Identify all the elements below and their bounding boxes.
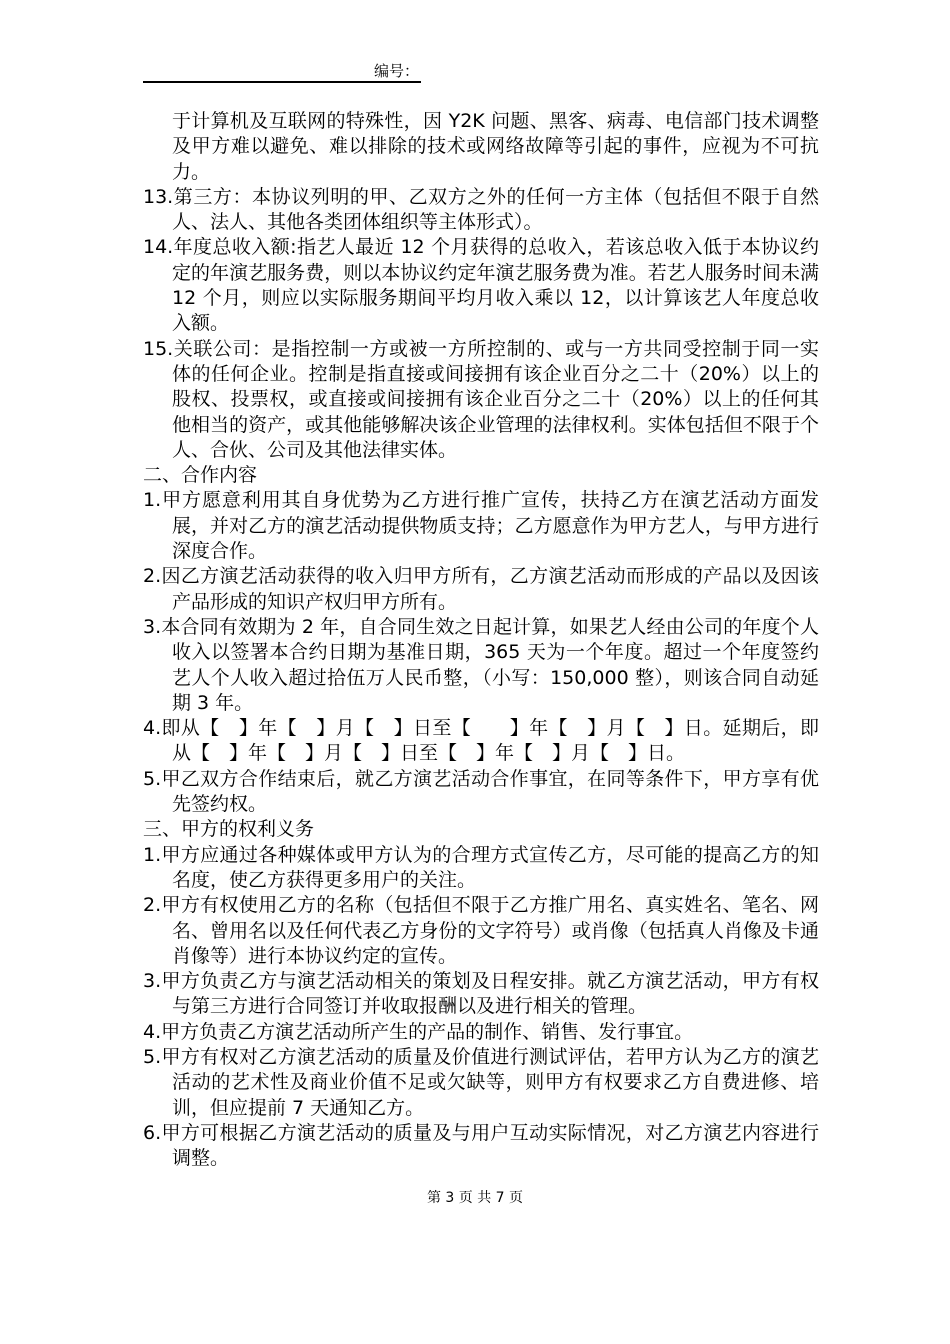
contract-paragraph: 5.甲方有权对乙方演艺活动的质量及价值进行测试评估，若甲方认为乙方的演艺活动的艺… bbox=[143, 1045, 819, 1121]
paragraph-text: 甲方可根据乙方演艺活动的质量及与用户互动实际情况，对乙方演艺内容进行调整。 bbox=[161, 1122, 819, 1169]
item-number: 1. bbox=[143, 844, 161, 866]
contract-paragraph: 4.即从【 】年【 】月【 】日至【 】年【 】月【 】日。延期后，即从【 】年… bbox=[143, 716, 819, 767]
contract-paragraph: 1.甲方愿意利用其自身优势为乙方进行推广宣传，扶持乙方在演艺活动方面发展，并对乙… bbox=[143, 488, 819, 564]
section-heading: 二、合作内容 bbox=[143, 463, 819, 488]
paragraph-text: 年度总收入额:指艺人最近 12 个月获得的总收入，若该总收入低于本协议约定的年演… bbox=[172, 236, 819, 334]
contract-paragraph: 1.甲方应通过各种媒体或甲方认为的合理方式宣传乙方，尽可能的提高乙方的知名度，使… bbox=[143, 843, 819, 894]
item-number: 14. bbox=[143, 236, 173, 258]
contract-paragraph: 13.第三方：本协议列明的甲、乙双方之外的任何一方主体（包括但不限于自然人、法人… bbox=[143, 185, 819, 236]
item-number: 4. bbox=[143, 1021, 161, 1043]
paragraph-text: 因乙方演艺活动获得的收入归甲方所有，乙方演艺活动而形成的产品以及因该产品形成的知… bbox=[161, 565, 819, 612]
contract-paragraph: 2.因乙方演艺活动获得的收入归甲方所有，乙方演艺活动而形成的产品以及因该产品形成… bbox=[143, 564, 819, 615]
contract-paragraph: 15.关联公司：是指控制一方或被一方所控制的、或与一方共同受控制于同一实体的任何… bbox=[143, 337, 819, 463]
paragraph-text: 三、甲方的权利义务 bbox=[143, 818, 314, 840]
reference-number-label: 编号： bbox=[374, 62, 419, 80]
paragraph-text: 甲方愿意利用其自身优势为乙方进行推广宣传，扶持乙方在演艺活动方面发展，并对乙方的… bbox=[161, 489, 819, 562]
document-page: 编号： 于计算机及互联网的特殊性，因 Y2K 问题、黑客、病毒、电信部门技术调整… bbox=[0, 0, 950, 1344]
section-heading: 三、甲方的权利义务 bbox=[143, 817, 819, 842]
item-number: 6. bbox=[143, 1122, 161, 1144]
contract-paragraph: 6.甲方可根据乙方演艺活动的质量及与用户互动实际情况，对乙方演艺内容进行调整。 bbox=[143, 1121, 819, 1172]
paragraph-text: 甲方有权对乙方演艺活动的质量及价值进行测试评估，若甲方认为乙方的演艺活动的艺术性… bbox=[161, 1046, 819, 1119]
paragraph-text: 关联公司：是指控制一方或被一方所控制的、或与一方共同受控制于同一实体的任何企业。… bbox=[172, 338, 819, 461]
contract-paragraph: 3.本合同有效期为 2 年，自合同生效之日起计算，如果艺人经由公司的年度个人收入… bbox=[143, 615, 819, 716]
paragraph-text: 第三方：本协议列明的甲、乙双方之外的任何一方主体（包括但不限于自然人、法人、其他… bbox=[172, 186, 819, 233]
item-number: 2. bbox=[143, 565, 161, 587]
paragraph-text: 于计算机及互联网的特殊性，因 Y2K 问题、黑客、病毒、电信部门技术调整及甲方难… bbox=[172, 110, 819, 183]
item-number: 4. bbox=[143, 717, 161, 739]
paragraph-text: 甲方应通过各种媒体或甲方认为的合理方式宣传乙方，尽可能的提高乙方的知名度，使乙方… bbox=[161, 844, 819, 891]
contract-paragraph: 3.甲方负责乙方与演艺活动相关的策划及日程安排。就乙方演艺活动，甲方有权与第三方… bbox=[143, 969, 819, 1020]
contract-paragraph: 2.甲方有权使用乙方的名称（包括但不限于乙方推广用名、真实姓名、笔名、网名、曾用… bbox=[143, 893, 819, 969]
item-number: 3. bbox=[143, 970, 161, 992]
item-number: 15. bbox=[143, 338, 173, 360]
paragraph-text: 甲乙双方合作结束后，就乙方演艺活动合作事宜，在同等条件下，甲方享有优先签约权。 bbox=[161, 768, 819, 815]
paragraph-text: 本合同有效期为 2 年，自合同生效之日起计算，如果艺人经由公司的年度个人收入以签… bbox=[161, 616, 819, 714]
contract-paragraph: 5.甲乙双方合作结束后，就乙方演艺活动合作事宜，在同等条件下，甲方享有优先签约权… bbox=[143, 767, 819, 818]
page-number: 第 3 页 共 7 页 bbox=[427, 1190, 523, 1206]
contract-paragraph: 4.甲方负责乙方演艺活动所产生的产品的制作、销售、发行事宜。 bbox=[143, 1020, 819, 1045]
item-number: 1. bbox=[143, 489, 161, 511]
contract-paragraph: 于计算机及互联网的特殊性，因 Y2K 问题、黑客、病毒、电信部门技术调整及甲方难… bbox=[143, 109, 819, 185]
contract-paragraph: 14.年度总收入额:指艺人最近 12 个月获得的总收入，若该总收入低于本协议约定… bbox=[143, 235, 819, 336]
page-footer: 第 3 页 共 7 页 bbox=[0, 1189, 950, 1207]
paragraph-text: 甲方有权使用乙方的名称（包括但不限于乙方推广用名、真实姓名、笔名、网名、曾用名以… bbox=[161, 894, 819, 967]
item-number: 5. bbox=[143, 1046, 161, 1068]
item-number: 2. bbox=[143, 894, 161, 916]
paragraph-text: 二、合作内容 bbox=[143, 464, 257, 486]
paragraph-text: 甲方负责乙方演艺活动所产生的产品的制作、销售、发行事宜。 bbox=[161, 1021, 693, 1043]
contract-body: 于计算机及互联网的特殊性，因 Y2K 问题、黑客、病毒、电信部门技术调整及甲方难… bbox=[143, 109, 819, 1171]
paragraph-text: 甲方负责乙方与演艺活动相关的策划及日程安排。就乙方演艺活动，甲方有权与第三方进行… bbox=[161, 970, 819, 1017]
paragraph-text: 即从【 】年【 】月【 】日至【 】年【 】月【 】日。延期后，即从【 】年【 … bbox=[161, 717, 819, 764]
item-number: 3. bbox=[143, 616, 161, 638]
item-number: 5. bbox=[143, 768, 161, 790]
item-number: 13. bbox=[143, 186, 173, 208]
reference-number-field: 编号： bbox=[143, 60, 421, 83]
